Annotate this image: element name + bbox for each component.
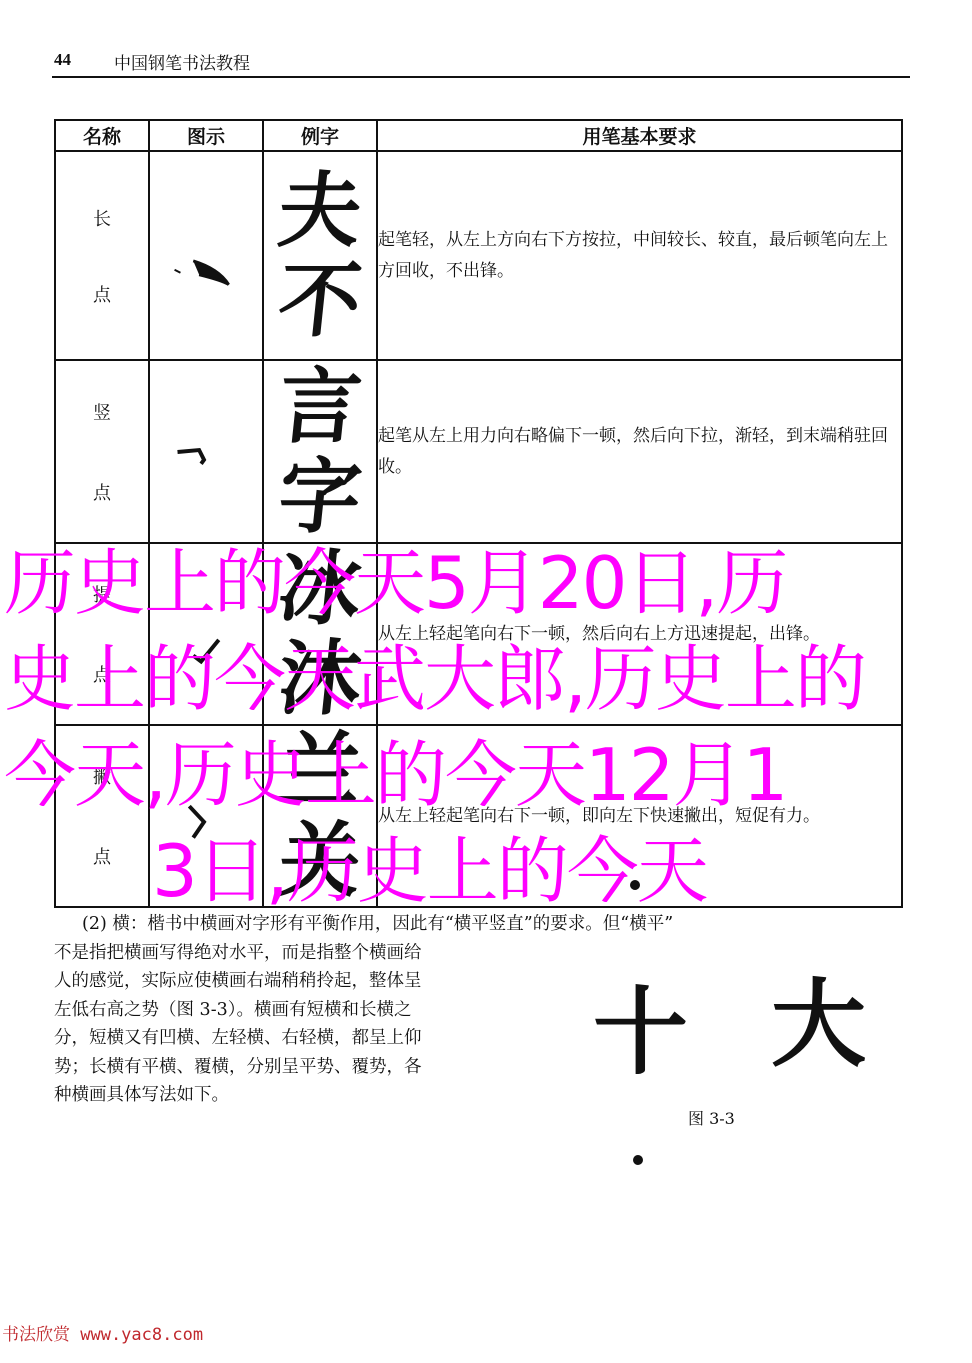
stroke-description: 起笔轻，从左上方向右下方按拉，中间较长、较直，最后顿笔向左上方回收，不出锋。 bbox=[377, 151, 902, 360]
stroke-diagram bbox=[149, 151, 263, 360]
paragraph-line: (2) 横：楷书中横画对字形有平衡作用，因此有“横平竖直”的要求。但“横平” bbox=[54, 910, 902, 939]
column-header-requirements: 用笔基本要求 bbox=[377, 120, 902, 151]
book-title: 中国钢笔书法教程 bbox=[114, 49, 250, 74]
paragraph-line: 人的感觉，实际应使横画右端稍稍拎起，整体呈 bbox=[54, 967, 534, 996]
paragraph-line: 种横画具体写法如下。 bbox=[54, 1081, 534, 1110]
vertical-dot-stroke-icon bbox=[150, 361, 262, 542]
figure-caption: 图 3-3 bbox=[688, 1106, 735, 1129]
table-header-row: 名称 图示 例字 用笔基本要求 bbox=[55, 120, 902, 151]
example-chars: 夫 不 bbox=[263, 151, 377, 360]
stroke-name: 长 点 bbox=[55, 151, 149, 360]
rising-dot-stroke-icon bbox=[150, 544, 262, 724]
stroke-name: 竖 点 bbox=[55, 360, 149, 543]
paragraph-line: 不是指把横画写得绝对水平，而是指整个横画给 bbox=[54, 939, 534, 968]
left-falling-dot-stroke-icon bbox=[150, 726, 262, 906]
table-row: 长 点 夫 不 起笔轻，从左上方向右下方按拉，中间较长、较直，最后顿笔向左上方回… bbox=[55, 151, 902, 360]
stroke-diagram bbox=[149, 725, 263, 907]
table-row: 撇 点 兰 关 从左上轻起笔向右下一顿，即向左下快速撇出，短促有力。 bbox=[55, 725, 902, 907]
figure-3-3: 十 大 图 3-3 bbox=[585, 985, 885, 1175]
column-header-example: 例字 bbox=[263, 120, 377, 151]
paragraph-line: 分，短横又有凹横、左轻横、右轻横，都呈上仰 bbox=[54, 1024, 534, 1053]
watermark: 书法欣赏 www.yac8.com bbox=[2, 1320, 203, 1345]
column-header-diagram: 图示 bbox=[149, 120, 263, 151]
long-dot-stroke-icon bbox=[150, 152, 262, 359]
figure-char: 十 bbox=[593, 985, 688, 1080]
scan-speck bbox=[633, 1155, 643, 1165]
stroke-name: 撇 点 bbox=[55, 725, 149, 907]
table-row: 竖 点 言 字 起笔从左上用力向右略偏下一顿，然后向下拉，渐轻，到末端稍驻回收。 bbox=[55, 360, 902, 543]
stroke-name: 提 点 bbox=[55, 543, 149, 725]
figure-char: 大 bbox=[771, 977, 866, 1072]
page-number: 44 bbox=[54, 50, 71, 70]
example-chars: 兰 关 bbox=[263, 725, 377, 907]
example-chars: 冰 沐 bbox=[263, 543, 377, 725]
stroke-diagram bbox=[149, 360, 263, 543]
stroke-diagram bbox=[149, 543, 263, 725]
table-row: 提 点 冰 沐 从左上轻起笔向右下一顿，然后向右上方迅速提起，出锋。 bbox=[55, 543, 902, 725]
stroke-description: 起笔从左上用力向右略偏下一顿，然后向下拉，渐轻，到末端稍驻回收。 bbox=[377, 360, 902, 543]
page-header: 44 中国钢笔书法教程 bbox=[52, 48, 910, 78]
stroke-table: 名称 图示 例字 用笔基本要求 长 点 夫 不 起笔轻，从左上方向右下方按拉，中… bbox=[54, 119, 903, 908]
paragraph-line: 左低右高之势（图 3-3）。横画有短横和长横之 bbox=[54, 996, 534, 1025]
column-header-name: 名称 bbox=[55, 120, 149, 151]
paragraph-line: 势；长横有平横、覆横，分别呈平势、覆势，各 bbox=[54, 1053, 534, 1082]
example-chars: 言 字 bbox=[263, 360, 377, 543]
stroke-description: 从左上轻起笔向右下一顿，然后向右上方迅速提起，出锋。 bbox=[377, 543, 902, 725]
stroke-description: 从左上轻起笔向右下一顿，即向左下快速撇出，短促有力。 bbox=[377, 725, 902, 907]
scan-speck bbox=[630, 880, 640, 890]
